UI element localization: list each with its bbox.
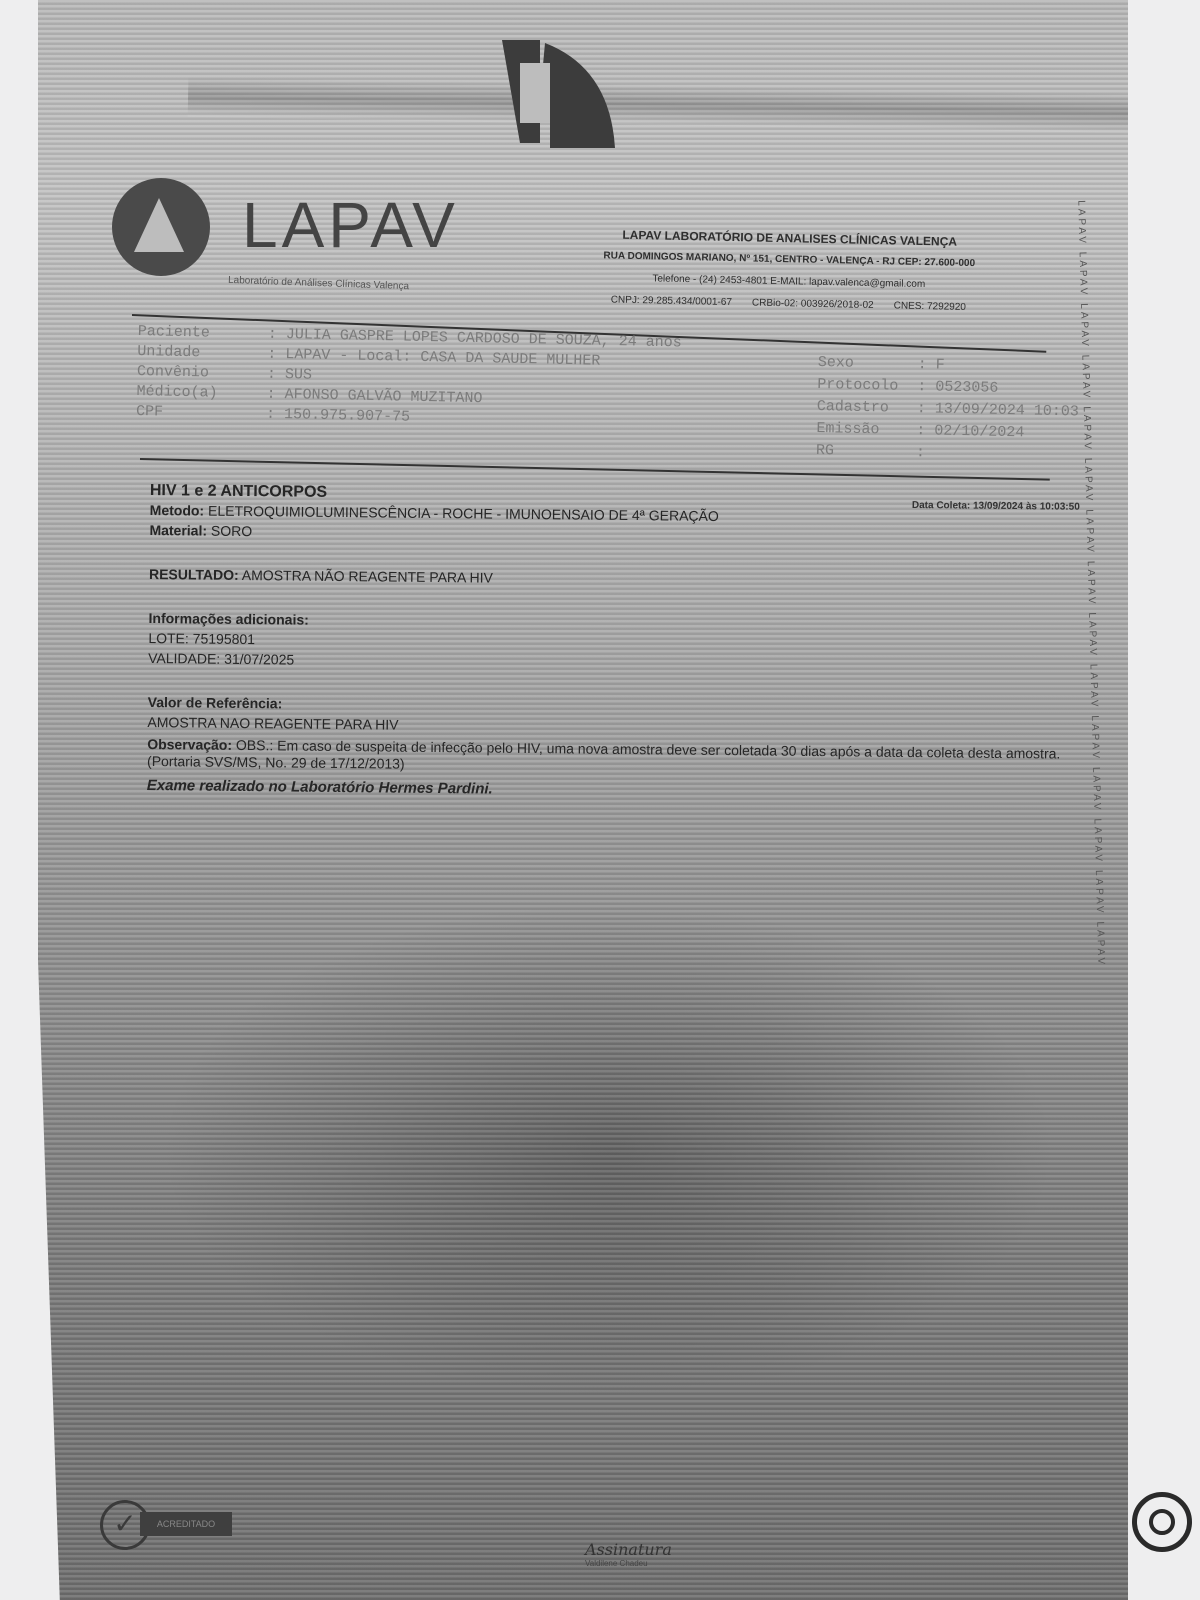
- accreditation-badge: ✓ ACREDITADO: [100, 1500, 232, 1544]
- signatory-name: Valdilene Chadeu: [585, 1559, 715, 1568]
- patient-meta: Sexo: F Protocolo: 0523056 Cadastro: 13/…: [816, 352, 1098, 468]
- observation: Observação: OBS.: Em caso de suspeita de…: [147, 736, 1077, 780]
- shadow: [158, 900, 1058, 1400]
- seal-icon: [1132, 1492, 1192, 1552]
- lab-crbio: CRBio-02: 003926/2018-02: [752, 292, 874, 317]
- lab-info: LAPAV LABORATÓRIO DE ANALISES CLÍNICAS V…: [538, 222, 1040, 320]
- paper-fold: [188, 77, 1139, 134]
- collection-date: Data Coleta: 13/09/2024 às 10:03:50: [912, 500, 1080, 513]
- badge-label: ACREDITADO: [140, 1512, 232, 1536]
- patient-info: Paciente: JULIA GASPRE LOPES CARDOSO DE …: [136, 322, 818, 436]
- partial-logo-icon: [500, 38, 620, 153]
- lab-cnpj: CNPJ: 29.285.434/0001-67: [611, 290, 733, 315]
- lab-emblem-icon: [112, 178, 210, 276]
- signature: Assinatura: [585, 1540, 715, 1559]
- logo-wordmark: LAPAV: [242, 188, 459, 262]
- lab-cnes: CNES: 7292920: [893, 295, 966, 319]
- signature-block: Assinatura Valdilene Chadeu: [585, 1540, 715, 1568]
- exam-section: HIV 1 e 2 ANTICORPOS Data Coleta: 13/09/…: [147, 482, 1080, 806]
